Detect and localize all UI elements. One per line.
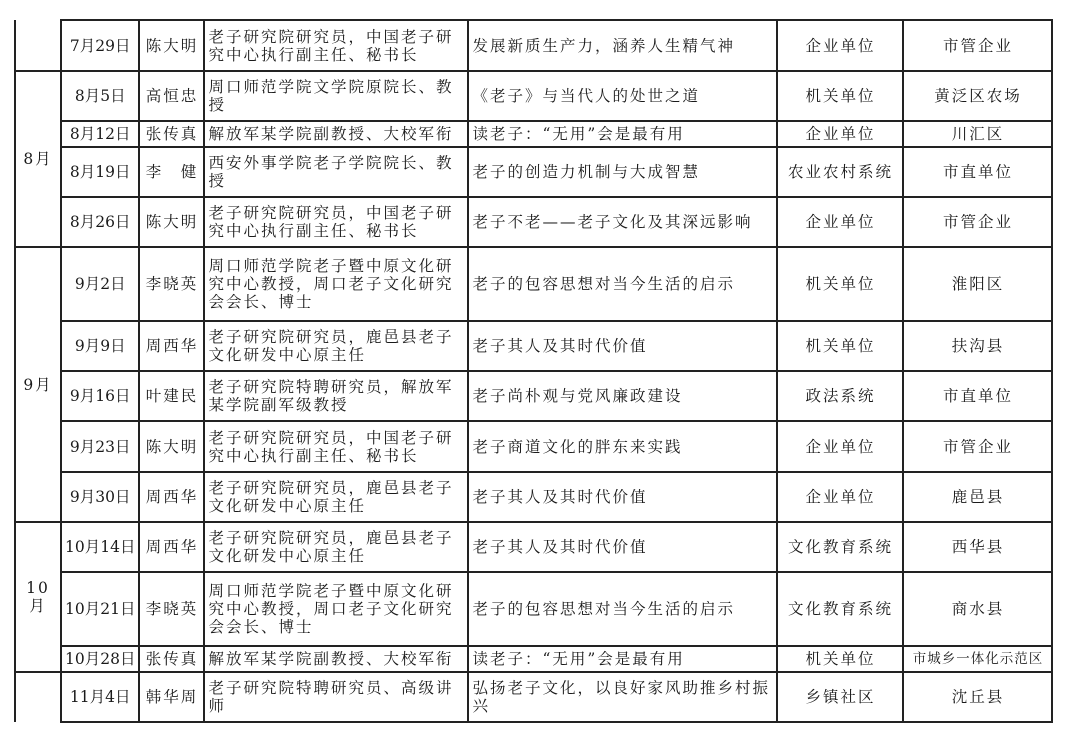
month-cell: 9月 bbox=[15, 247, 61, 522]
speaker-title-cell: 老子研究院特聘研究员，解放军某学院副军级教授 bbox=[204, 371, 468, 421]
topic-cell: 《老子》与当代人的处世之道 bbox=[468, 71, 777, 121]
place-cell: 市管企业 bbox=[903, 421, 1052, 472]
place-cell: 沈丘县 bbox=[903, 672, 1052, 722]
topic-cell: 老子不老——老子文化及其深远影响 bbox=[468, 197, 777, 247]
speaker-title-cell: 老子研究院研究员，鹿邑县老子文化研发中心原主任 bbox=[204, 522, 468, 572]
topic-cell: 老子尚朴观与党风廉政建设 bbox=[468, 371, 777, 421]
table-row: 8月26日 陈大明 老子研究院研究员，中国老子研究中心执行副主任、秘书长 老子不… bbox=[15, 197, 1052, 247]
unit-cell: 文化教育系统 bbox=[777, 522, 903, 572]
unit-cell: 企业单位 bbox=[777, 421, 903, 472]
speaker-cell: 张传真 bbox=[139, 121, 204, 147]
date-cell: 10月21日 bbox=[61, 572, 139, 646]
place-cell: 市直单位 bbox=[903, 371, 1052, 421]
speaker-title-cell: 解放军某学院副教授、大校军衔 bbox=[204, 121, 468, 147]
place-cell: 市管企业 bbox=[903, 197, 1052, 247]
unit-cell: 政法系统 bbox=[777, 371, 903, 421]
table-row: 10月21日 李晓英 周口师范学院老子暨中原文化研究中心教授，周口老子文化研究会… bbox=[15, 572, 1052, 646]
place-cell: 鹿邑县 bbox=[903, 472, 1052, 522]
speaker-cell: 叶建民 bbox=[139, 371, 204, 421]
date-cell: 8月26日 bbox=[61, 197, 139, 247]
speaker-title-cell: 解放军某学院副教授、大校军衔 bbox=[204, 646, 468, 672]
date-cell: 8月5日 bbox=[61, 71, 139, 121]
unit-cell: 企业单位 bbox=[777, 472, 903, 522]
date-cell: 9月2日 bbox=[61, 247, 139, 321]
unit-cell: 农业农村系统 bbox=[777, 147, 903, 197]
date-cell: 8月19日 bbox=[61, 147, 139, 197]
unit-cell: 企业单位 bbox=[777, 20, 903, 71]
place-cell: 商水县 bbox=[903, 572, 1052, 646]
date-cell: 10月14日 bbox=[61, 522, 139, 572]
place-cell: 市城乡一体化示范区 bbox=[903, 646, 1052, 672]
topic-cell: 老子其人及其时代价值 bbox=[468, 522, 777, 572]
place-cell: 市管企业 bbox=[903, 20, 1052, 71]
date-cell: 9月9日 bbox=[61, 321, 139, 371]
topic-cell: 老子其人及其时代价值 bbox=[468, 321, 777, 371]
topic-cell: 老子其人及其时代价值 bbox=[468, 472, 777, 522]
table-row: 10月 10月14日 周西华 老子研究院研究员，鹿邑县老子文化研发中心原主任 老… bbox=[15, 522, 1052, 572]
table-row: 9月16日 叶建民 老子研究院特聘研究员，解放军某学院副军级教授 老子尚朴观与党… bbox=[15, 371, 1052, 421]
topic-cell: 发展新质生产力，涵养人生精气神 bbox=[468, 20, 777, 71]
unit-cell: 机关单位 bbox=[777, 321, 903, 371]
topic-cell: 读老子：“无用”会是最有用 bbox=[468, 121, 777, 147]
table-row: 9月 9月2日 李晓英 周口师范学院老子暨中原文化研究中心教授，周口老子文化研究… bbox=[15, 247, 1052, 321]
table-row: 8月12日 张传真 解放军某学院副教授、大校军衔 读老子：“无用”会是最有用 企… bbox=[15, 121, 1052, 147]
month-cell bbox=[15, 672, 61, 722]
date-cell: 7月29日 bbox=[61, 20, 139, 71]
speaker-cell: 陈大明 bbox=[139, 421, 204, 472]
speaker-cell: 李 健 bbox=[139, 147, 204, 197]
date-cell: 10月28日 bbox=[61, 646, 139, 672]
date-cell: 8月12日 bbox=[61, 121, 139, 147]
table-row: 10月28日 张传真 解放军某学院副教授、大校军衔 读老子：“无用”会是最有用 … bbox=[15, 646, 1052, 672]
date-cell: 9月16日 bbox=[61, 371, 139, 421]
unit-cell: 企业单位 bbox=[777, 121, 903, 147]
place-cell: 西华县 bbox=[903, 522, 1052, 572]
speaker-title-cell: 老子研究院研究员，中国老子研究中心执行副主任、秘书长 bbox=[204, 421, 468, 472]
speaker-title-cell: 老子研究院研究员，中国老子研究中心执行副主任、秘书长 bbox=[204, 197, 468, 247]
table-row: 9月23日 陈大明 老子研究院研究员，中国老子研究中心执行副主任、秘书长 老子商… bbox=[15, 421, 1052, 472]
speaker-title-cell: 老子研究院研究员，鹿邑县老子文化研发中心原主任 bbox=[204, 321, 468, 371]
table-row: 8月 8月5日 高恒忠 周口师范学院文学院原院长、教授 《老子》与当代人的处世之… bbox=[15, 71, 1052, 121]
place-cell: 扶沟县 bbox=[903, 321, 1052, 371]
speaker-title-cell: 西安外事学院老子学院院长、教授 bbox=[204, 147, 468, 197]
speaker-cell: 周西华 bbox=[139, 522, 204, 572]
topic-cell: 老子的创造力机制与大成智慧 bbox=[468, 147, 777, 197]
speaker-cell: 陈大明 bbox=[139, 197, 204, 247]
speaker-cell: 李晓英 bbox=[139, 247, 204, 321]
unit-cell: 机关单位 bbox=[777, 646, 903, 672]
topic-cell: 老子的包容思想对当今生活的启示 bbox=[468, 572, 777, 646]
unit-cell: 企业单位 bbox=[777, 197, 903, 247]
place-cell: 黄泛区农场 bbox=[903, 71, 1052, 121]
table-row: 9月30日 周西华 老子研究院研究员，鹿邑县老子文化研发中心原主任 老子其人及其… bbox=[15, 472, 1052, 522]
topic-cell: 老子的包容思想对当今生活的启示 bbox=[468, 247, 777, 321]
month-cell: 10月 bbox=[15, 522, 61, 672]
date-cell: 9月30日 bbox=[61, 472, 139, 522]
table-row: 11月4日 韩华周 老子研究院特聘研究员、高级讲师 弘扬老子文化，以良好家风助推… bbox=[15, 672, 1052, 722]
table-row: 7月29日 陈大明 老子研究院研究员，中国老子研究中心执行副主任、秘书长 发展新… bbox=[15, 20, 1052, 71]
topic-cell: 读老子：“无用”会是最有用 bbox=[468, 646, 777, 672]
lecture-schedule-table: 7月29日 陈大明 老子研究院研究员，中国老子研究中心执行副主任、秘书长 发展新… bbox=[14, 19, 1053, 723]
month-cell: 8月 bbox=[15, 71, 61, 247]
speaker-title-cell: 周口师范学院文学院原院长、教授 bbox=[204, 71, 468, 121]
table-row: 8月19日 李 健 西安外事学院老子学院院长、教授 老子的创造力机制与大成智慧 … bbox=[15, 147, 1052, 197]
speaker-cell: 李晓英 bbox=[139, 572, 204, 646]
speaker-cell: 高恒忠 bbox=[139, 71, 204, 121]
speaker-title-cell: 老子研究院研究员，中国老子研究中心执行副主任、秘书长 bbox=[204, 20, 468, 71]
topic-cell: 老子商道文化的胖东来实践 bbox=[468, 421, 777, 472]
unit-cell: 机关单位 bbox=[777, 247, 903, 321]
speaker-cell: 陈大明 bbox=[139, 20, 204, 71]
speaker-title-cell: 老子研究院研究员，鹿邑县老子文化研发中心原主任 bbox=[204, 472, 468, 522]
speaker-cell: 张传真 bbox=[139, 646, 204, 672]
place-cell: 淮阳区 bbox=[903, 247, 1052, 321]
speaker-cell: 韩华周 bbox=[139, 672, 204, 722]
speaker-title-cell: 老子研究院特聘研究员、高级讲师 bbox=[204, 672, 468, 722]
month-cell bbox=[15, 20, 61, 71]
date-cell: 9月23日 bbox=[61, 421, 139, 472]
place-cell: 川汇区 bbox=[903, 121, 1052, 147]
speaker-cell: 周西华 bbox=[139, 321, 204, 371]
unit-cell: 机关单位 bbox=[777, 71, 903, 121]
speaker-title-cell: 周口师范学院老子暨中原文化研究中心教授，周口老子文化研究会会长、博士 bbox=[204, 247, 468, 321]
speaker-cell: 周西华 bbox=[139, 472, 204, 522]
topic-cell: 弘扬老子文化，以良好家风助推乡村振兴 bbox=[468, 672, 777, 722]
unit-cell: 乡镇社区 bbox=[777, 672, 903, 722]
unit-cell: 文化教育系统 bbox=[777, 572, 903, 646]
date-cell: 11月4日 bbox=[61, 672, 139, 722]
table-row: 9月9日 周西华 老子研究院研究员，鹿邑县老子文化研发中心原主任 老子其人及其时… bbox=[15, 321, 1052, 371]
place-cell: 市直单位 bbox=[903, 147, 1052, 197]
speaker-title-cell: 周口师范学院老子暨中原文化研究中心教授，周口老子文化研究会会长、博士 bbox=[204, 572, 468, 646]
